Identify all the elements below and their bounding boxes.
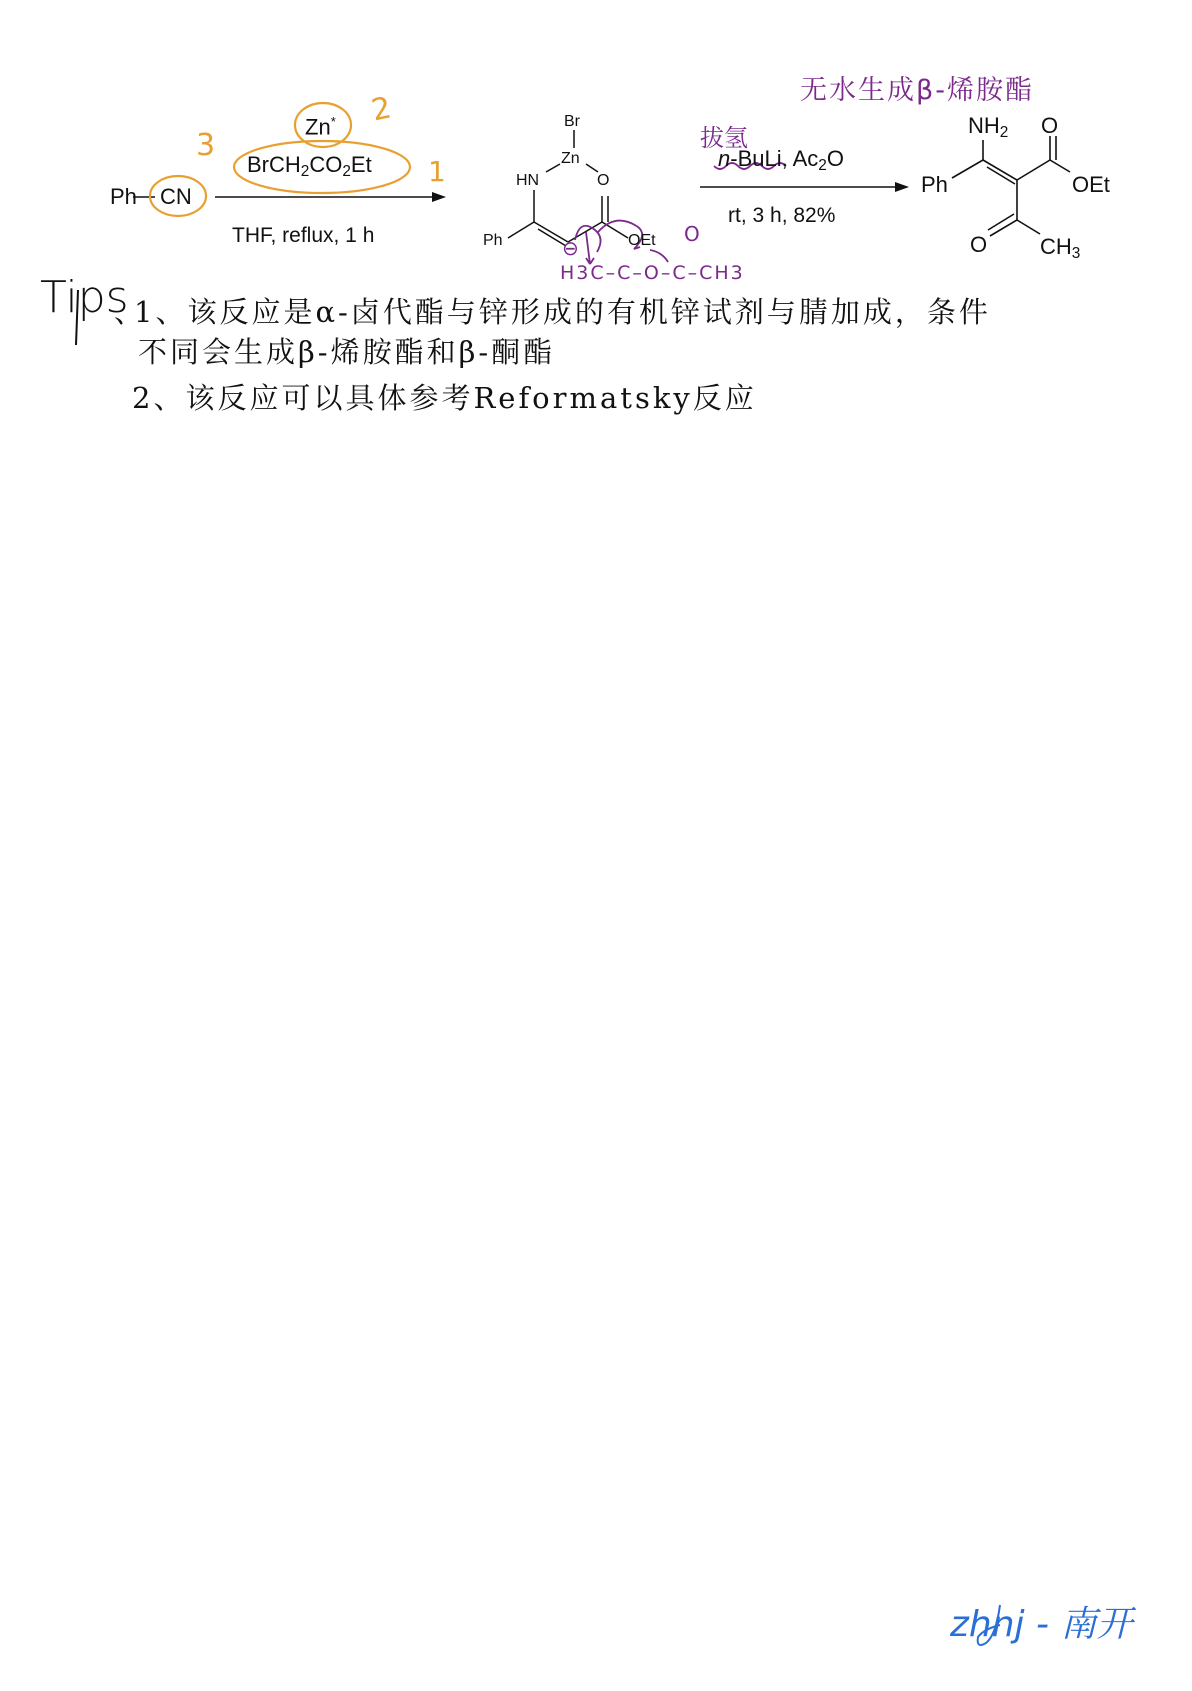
intermediate-oet: OEt bbox=[628, 232, 656, 250]
carbanion-minus-mark: ⊖ bbox=[562, 236, 579, 260]
product-ketone-o: O bbox=[970, 232, 987, 258]
ac-o: O bbox=[827, 146, 844, 171]
nbuli-prefix: n bbox=[718, 146, 730, 171]
anhydride-carbonyl-o: O bbox=[684, 222, 700, 246]
nbuli-ac-label: -BuLi, Ac bbox=[730, 146, 818, 171]
intermediate-br: Br bbox=[564, 113, 580, 131]
reactant-nitrile: CN bbox=[160, 184, 192, 210]
anhydrous-enamine-note: 无水生成β-烯胺酯 bbox=[800, 68, 1034, 107]
product-ph: Ph bbox=[921, 172, 948, 198]
reaction-scheme-graphics bbox=[0, 0, 1192, 1691]
intermediate-hn: HN bbox=[516, 172, 539, 190]
product-ester-o: O bbox=[1041, 113, 1058, 139]
zinc-label: Zn bbox=[305, 114, 331, 139]
step2-reagents: n-BuLi, Ac2O bbox=[718, 146, 844, 175]
acetic-anhydride-sketch: H3C–C–O–C–CH3 bbox=[560, 262, 745, 284]
step2-conditions: rt, 3 h, 82% bbox=[728, 204, 835, 228]
ester-part-c: Et bbox=[351, 152, 372, 177]
intermediate-ph: Ph bbox=[483, 232, 503, 250]
reagent-zinc: Zn* bbox=[305, 114, 336, 140]
product-amine: NH2 bbox=[968, 113, 1008, 142]
arrowhead-2 bbox=[895, 182, 909, 192]
nh-label: NH bbox=[968, 113, 1000, 138]
signature: zhnj - 南开 bbox=[950, 1596, 1132, 1647]
tip-2: 2、该反应可以具体参考Reformatsky反应 bbox=[132, 376, 757, 417]
orange-number-3: 3 bbox=[196, 128, 215, 163]
signature-name: zhnj bbox=[950, 1604, 1025, 1645]
nh2-sub: 2 bbox=[1000, 124, 1009, 141]
ester-part-a: BrCH bbox=[247, 152, 301, 177]
tip-1-line-2: 不同会生成β-烯胺酯和β-酮酯 bbox=[138, 330, 555, 371]
orange-number-1: 1 bbox=[428, 155, 446, 188]
zinc-activated-mark: * bbox=[331, 114, 336, 129]
intermediate-zn: Zn bbox=[561, 150, 580, 168]
arrowhead-1 bbox=[432, 192, 446, 202]
step1-conditions: THF, reflux, 1 h bbox=[232, 224, 374, 248]
signature-place: 南开 bbox=[1060, 1604, 1132, 1645]
tip-1-line-1: 1、该反应是α-卤代酯与锌形成的有机锌试剂与腈加成，条件 bbox=[134, 290, 991, 331]
intermediate-o: O bbox=[597, 172, 609, 190]
ac-sub: 2 bbox=[818, 157, 827, 174]
ch3-sub: 3 bbox=[1072, 245, 1081, 262]
product-methyl: CH3 bbox=[1040, 234, 1080, 263]
reactant-phenyl: Ph bbox=[110, 184, 137, 210]
ester-sub-2: 2 bbox=[342, 163, 351, 180]
signature-dash: - bbox=[1036, 1604, 1049, 1645]
ch-label: CH bbox=[1040, 234, 1072, 259]
ester-part-b: CO bbox=[309, 152, 342, 177]
product-oet: OEt bbox=[1072, 172, 1110, 198]
reagent-ethyl-bromoacetate: BrCH2CO2Et bbox=[247, 152, 372, 181]
